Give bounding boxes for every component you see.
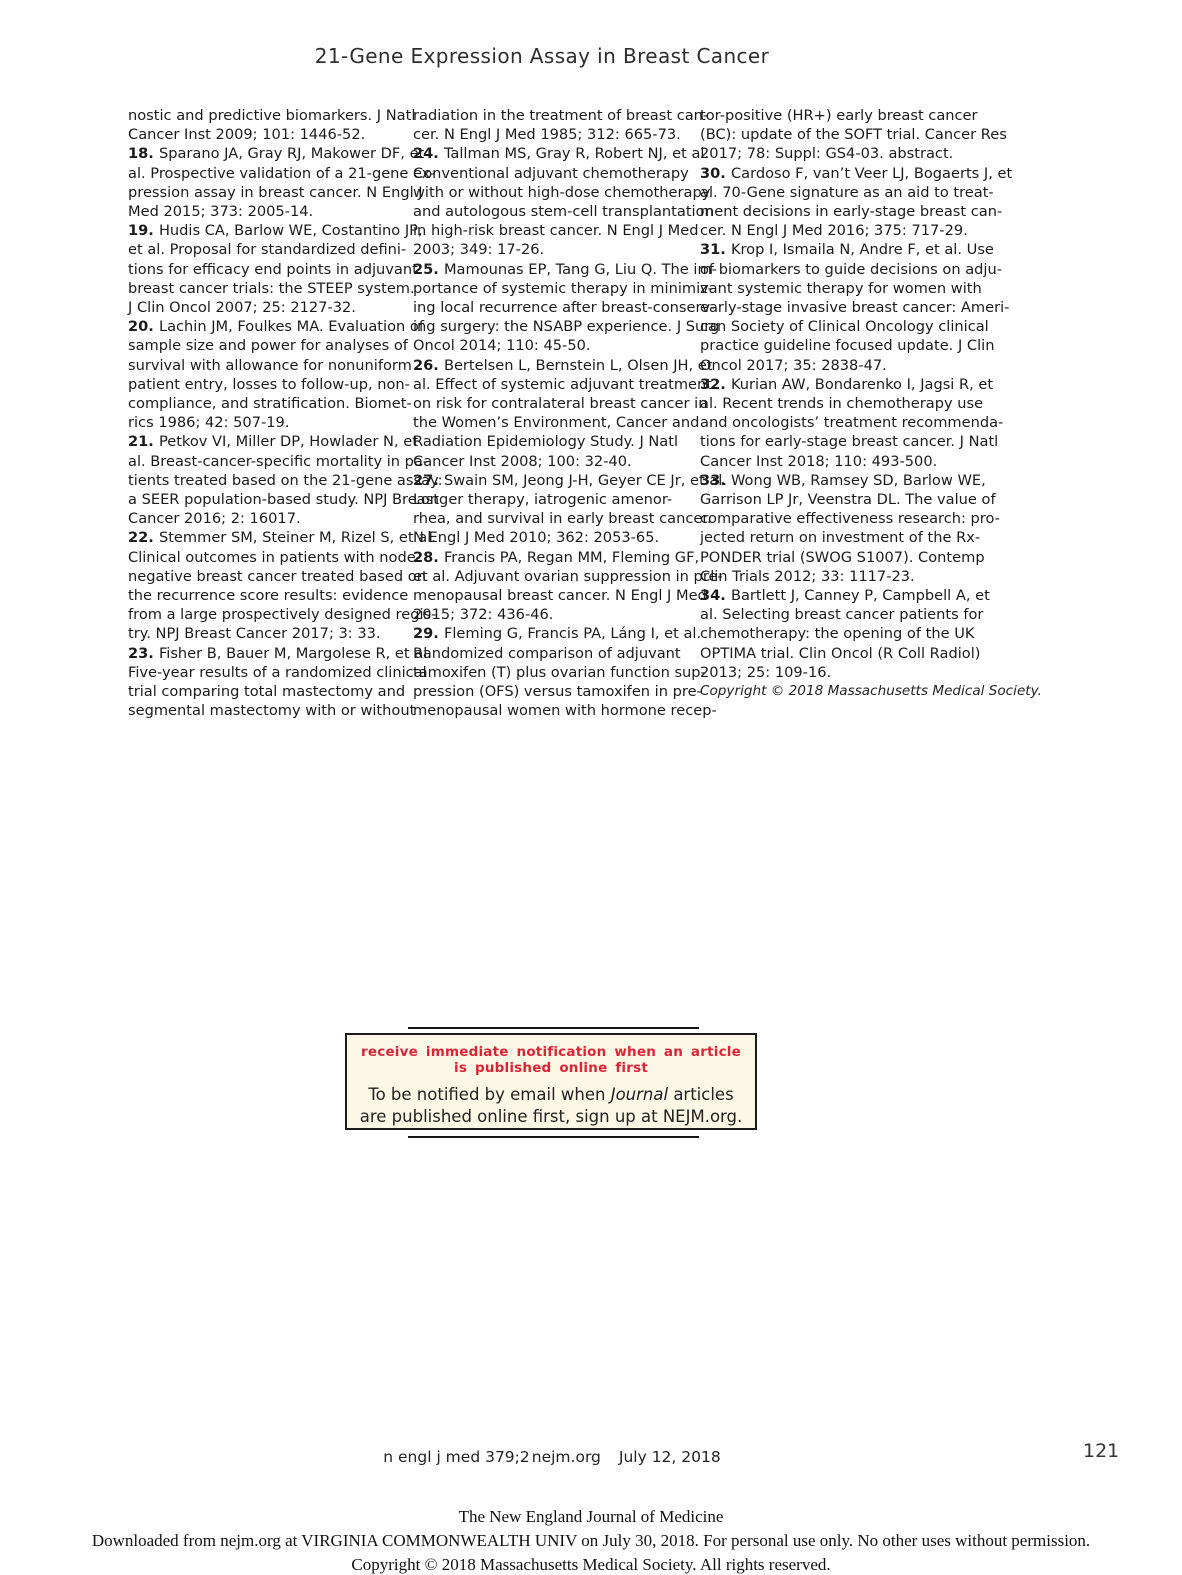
reference-line: cer. N Engl J Med 1985; 312: 665-73. [413,125,727,144]
reference-line: trial comparing total mastectomy and [128,682,443,701]
references-column-1: nostic and predictive biomarkers. J Natl… [128,106,443,721]
reference-line: 2013; 25: 109-16. [700,663,1042,682]
reference-line: radiation in the treatment of breast can… [413,106,727,125]
reference-line: nostic and predictive biomarkers. J Natl [128,106,443,125]
reference-line: Med 2015; 373: 2005-14. [128,202,443,221]
reference-line: 31. Krop I, Ismaila N, Andre F, et al. U… [700,240,1042,259]
reference-line: and autologous stem-cell transplantation [413,202,727,221]
reference-line: sample size and power for analyses of [128,336,443,355]
journal-citation: n engl j med 379;2 [383,1448,530,1466]
reference-line: of biomarkers to guide decisions on adju… [700,260,1042,279]
reference-line: Longer therapy, iatrogenic amenor- [413,490,727,509]
reference-number: 30. [700,165,731,182]
notice-box-bottom-rule [408,1136,699,1138]
reference-line: tamoxifen (T) plus ovarian function sup- [413,663,727,682]
notice-body-line-1: To be notified by email when Journal art… [347,1084,755,1106]
reference-number: 24. [413,145,444,162]
reference-line: Cancer Inst 2009; 101: 1446-52. [128,125,443,144]
notice-box: receive immediate notification when an a… [345,1033,757,1130]
reference-line: J Clin Oncol 2007; 25: 2127-32. [128,298,443,317]
download-notice-line-2: Downloaded from nejm.org at VIRGINIA COM… [0,1529,1182,1553]
reference-line: Clinical outcomes in patients with node- [128,548,443,567]
reference-line: pression (OFS) versus tamoxifen in pre- [413,682,727,701]
reference-line: with or without high-dose chemotherapy [413,183,727,202]
reference-line: 29. Fleming G, Francis PA, Láng I, et al… [413,624,727,643]
reference-line: tions for early-stage breast cancer. J N… [700,432,1042,451]
reference-line: OPTIMA trial. Clin Oncol (R Coll Radiol) [700,644,1042,663]
reference-line: early-stage invasive breast cancer: Amer… [700,298,1042,317]
reference-line: ing surgery: the NSABP experience. J Sur… [413,317,727,336]
reference-line: Radiation Epidemiology Study. J Natl [413,432,727,451]
reference-line: in high-risk breast cancer. N Engl J Med [413,221,727,240]
reference-line: and oncologists’ treatment recommenda- [700,413,1042,432]
reference-line: practice guideline focused update. J Cli… [700,336,1042,355]
reference-line: tients treated based on the 21-gene assa… [128,471,443,490]
reference-number: 27. [413,472,444,489]
reference-line: Conventional adjuvant chemotherapy [413,164,727,183]
reference-line: al. Recent trends in chemotherapy use [700,394,1042,413]
reference-line: 19. Hudis CA, Barlow WE, Costantino JP, [128,221,443,240]
reference-line: 32. Kurian AW, Bondarenko I, Jagsi R, et [700,375,1042,394]
reference-line: 2017; 78: Suppl: GS4-03. abstract. [700,144,1042,163]
reference-line: negative breast cancer treated based on [128,567,443,586]
reference-line: ing local recurrence after breast-conser… [413,298,727,317]
reference-line: try. NPJ Breast Cancer 2017; 3: 33. [128,624,443,643]
reference-number: 28. [413,549,444,566]
reference-line: Cancer Inst 2018; 110: 493-500. [700,452,1042,471]
reference-line: 25. Mamounas EP, Tang G, Liu Q. The im- [413,260,727,279]
reference-line: survival with allowance for nonuniform [128,356,443,375]
reference-line: tor-positive (HR+) early breast cancer [700,106,1042,125]
reference-line: jected return on investment of the Rx- [700,528,1042,547]
reference-line: portance of systemic therapy in minimiz- [413,279,727,298]
notice-heading-line-1: receive immediate notification when an a… [347,1045,755,1061]
reference-line: al. 70-Gene signature as an aid to treat… [700,183,1042,202]
reference-number: 22. [128,529,159,546]
reference-line: Randomized comparison of adjuvant [413,644,727,663]
reference-line: (BC): update of the SOFT trial. Cancer R… [700,125,1042,144]
reference-line: et al. Adjuvant ovarian suppression in p… [413,567,727,586]
reference-number: 34. [700,587,731,604]
reference-number: 26. [413,357,444,374]
notice-body-line-2: are published online first, sign up at N… [347,1106,755,1128]
notice-body-text-post: articles [668,1085,734,1104]
reference-line: Five-year results of a randomized clinic… [128,663,443,682]
reference-number: 29. [413,625,444,642]
reference-line: 26. Bertelsen L, Bernstein L, Olsen JH, … [413,356,727,375]
reference-line: PONDER trial (SWOG S1007). Contemp [700,548,1042,567]
reference-line: Cancer Inst 2008; 100: 32-40. [413,452,727,471]
reference-line: on risk for contralateral breast cancer … [413,394,727,413]
reference-number: 19. [128,222,159,239]
reference-line: 18. Sparano JA, Gray RJ, Makower DF, et [128,144,443,163]
reference-number: 33. [700,472,731,489]
reference-number: 32. [700,376,731,393]
reference-line: Cancer 2016; 2: 16017. [128,509,443,528]
reference-number: 20. [128,318,159,335]
reference-line: Clin Trials 2012; 33: 1117-23. [700,567,1042,586]
journal-word: Journal [611,1085,668,1104]
reference-line: 20. Lachin JM, Foulkes MA. Evaluation of [128,317,443,336]
reference-line: compliance, and stratification. Biomet- [128,394,443,413]
reference-line: segmental mastectomy with or without [128,701,443,720]
reference-line: can Society of Clinical Oncology clinica… [700,317,1042,336]
download-notice-line-1: The New England Journal of Medicine [0,1505,1182,1529]
notice-box-top-rule [408,1027,699,1029]
reference-line: et al. Proposal for standardized defini- [128,240,443,259]
reference-line: al. Effect of systemic adjuvant treatmen… [413,375,727,394]
reference-line: Garrison LP Jr, Veenstra DL. The value o… [700,490,1042,509]
reference-line: 27. Swain SM, Jeong J-H, Geyer CE Jr, et… [413,471,727,490]
journal-footer: n engl j med 379;2nejm.orgJuly 12, 2018 [20,1448,1084,1466]
notice-heading-line-2: is published online first [347,1061,755,1077]
reference-number: 21. [128,433,159,450]
journal-website: nejm.org [532,1448,601,1466]
reference-line: Oncol 2014; 110: 45-50. [413,336,727,355]
reference-line: ment decisions in early-stage breast can… [700,202,1042,221]
reference-line: breast cancer trials: the STEEP system. [128,279,443,298]
reference-line: cer. N Engl J Med 2016; 375: 717-29. [700,221,1042,240]
references-column-2: radiation in the treatment of breast can… [413,106,727,721]
notice-body-text-pre: To be notified by email when [368,1085,610,1104]
references-column-3: tor-positive (HR+) early breast cancer(B… [700,106,1042,701]
reference-line: the recurrence score results: evidence [128,586,443,605]
reference-line: 28. Francis PA, Regan MM, Fleming GF, [413,548,727,567]
running-head-title: 21-Gene Expression Assay in Breast Cance… [0,44,1084,68]
reference-line: menopausal women with hormone recep- [413,701,727,720]
reference-number: 31. [700,241,731,258]
reference-line: pression assay in breast cancer. N Engl … [128,183,443,202]
reference-line: vant systemic therapy for women with [700,279,1042,298]
reference-line: from a large prospectively designed regi… [128,605,443,624]
reference-line: rhea, and survival in early breast cance… [413,509,727,528]
reference-line: Oncol 2017; 35: 2838-47. [700,356,1042,375]
reference-line: 33. Wong WB, Ramsey SD, Barlow WE, [700,471,1042,490]
reference-line: chemotherapy: the opening of the UK [700,624,1042,643]
reference-number: 23. [128,645,159,662]
reference-number: 25. [413,261,444,278]
reference-line: 22. Stemmer SM, Steiner M, Rizel S, et a… [128,528,443,547]
download-notice-line-3: Copyright © 2018 Massachusetts Medical S… [0,1553,1182,1575]
page-number: 121 [1083,1440,1119,1462]
reference-line: the Women’s Environment, Cancer and [413,413,727,432]
reference-line: al. Breast-cancer-specific mortality in … [128,452,443,471]
reference-line: Copyright © 2018 Massachusetts Medical S… [700,682,1042,701]
reference-line: 34. Bartlett J, Canney P, Campbell A, et [700,586,1042,605]
reference-line: 2003; 349: 17-26. [413,240,727,259]
reference-line: N Engl J Med 2010; 362: 2053-65. [413,528,727,547]
reference-line: 30. Cardoso F, van’t Veer LJ, Bogaerts J… [700,164,1042,183]
reference-line: patient entry, losses to follow-up, non- [128,375,443,394]
reference-line: 24. Tallman MS, Gray R, Robert NJ, et al… [413,144,727,163]
issue-date: July 12, 2018 [619,1448,721,1466]
reference-line: menopausal breast cancer. N Engl J Med [413,586,727,605]
download-notice: The New England Journal of Medicine Down… [0,1505,1182,1575]
reference-line: 2015; 372: 436-46. [413,605,727,624]
reference-line: al. Prospective validation of a 21-gene … [128,164,443,183]
reference-line: a SEER population-based study. NPJ Breas… [128,490,443,509]
reference-line: al. Selecting breast cancer patients for [700,605,1042,624]
reference-line: rics 1986; 42: 507-19. [128,413,443,432]
reference-line: 21. Petkov VI, Miller DP, Howlader N, et [128,432,443,451]
reference-number: 18. [128,145,159,162]
reference-line: tions for efficacy end points in adjuvan… [128,260,443,279]
reference-line: comparative effectiveness research: pro- [700,509,1042,528]
reference-line: 23. Fisher B, Bauer M, Margolese R, et a… [128,644,443,663]
